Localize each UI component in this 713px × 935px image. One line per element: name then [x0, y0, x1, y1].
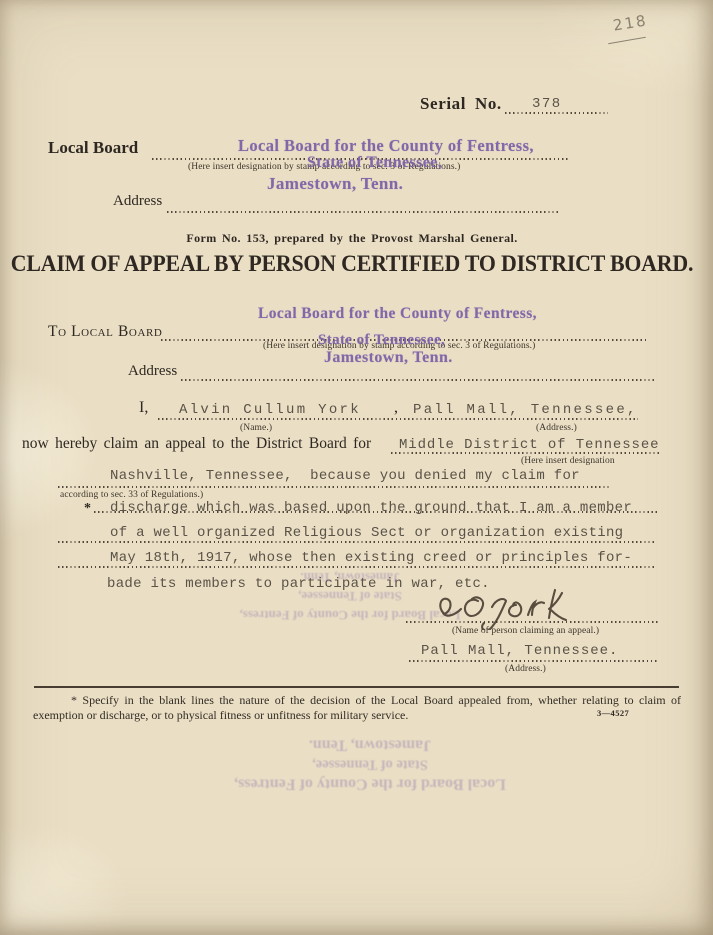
reason-line-1: Nashville, Tennessee, because you denied…: [110, 468, 580, 484]
addressee-address-label: Address: [128, 363, 177, 380]
stamp-board-line3: Jamestown, Tenn.: [267, 174, 403, 194]
to-local-board-label: To Local Board: [48, 323, 162, 341]
name-address-line: [158, 418, 638, 420]
district-value: Middle District of Tennessee: [399, 437, 659, 453]
stamp-board-line1: Local Board for the County of Fentress,: [238, 136, 534, 156]
signature-address-line: [409, 660, 657, 662]
footnote-text: * Specify in the blank lines the nature …: [33, 693, 681, 722]
bleed-bottom-line3: Jamestown, Tenn.: [160, 735, 580, 755]
signature-address: Pall Mall, Tennessee.: [421, 643, 618, 659]
stamp-addressee-line2: State of Tennessee,: [318, 332, 445, 349]
reason-line-3: of a well organized Religious Sect or or…: [110, 525, 623, 541]
district-hint-2: according to sec. 33 of Regulations.): [60, 490, 203, 500]
signature-image: [428, 584, 580, 630]
local-board-label: Local Board: [48, 138, 138, 158]
pencil-page-number: 218: [612, 11, 649, 34]
bleed-bottom-line1: Local Board for the County of Fentress,: [160, 774, 580, 794]
reason-line-2: discharge which was based upon the groun…: [110, 500, 632, 516]
addressee-address-line: [181, 379, 656, 381]
footnote-rule: [34, 686, 679, 688]
claimant-address: Pall Mall, Tennessee,: [413, 402, 638, 418]
bleed-bottom-line2: State of Tennessee,: [160, 755, 580, 775]
form-note: Form No. 153, prepared by the Provost Ma…: [186, 231, 517, 246]
claimant-name: Alvin Cullum York: [179, 402, 361, 418]
stamp-board-line2: State of Tennessee,: [307, 154, 442, 172]
stamp-addressee-line1: Local Board for the County of Fentress,: [258, 305, 537, 323]
serial-line: [505, 112, 608, 114]
serial-value: 378: [532, 96, 562, 112]
stamp-bleed-through-bottom: Local Board for the County of Fentress, …: [160, 735, 580, 794]
i-label: I,: [139, 399, 148, 417]
name-caption: (Name.): [240, 423, 272, 433]
document-page: 218 Serial No. 378 Local Board Local Boa…: [0, 0, 713, 935]
stamp-addressee-line3: Jamestown, Tenn.: [324, 349, 453, 367]
serial-label: Serial No.: [420, 94, 502, 114]
reason-line-4: May 18th, 1917, whose then existing cree…: [110, 550, 632, 566]
district-hint-1: (Here insert designation: [521, 456, 615, 466]
address-label: Address: [113, 193, 162, 210]
asterisk-marker: *: [84, 501, 91, 517]
separator-comma: ,: [394, 399, 398, 417]
print-code: 3—4527: [597, 708, 629, 718]
pencil-underline: [608, 37, 646, 45]
page-title: CLAIM OF APPEAL BY PERSON CERTIFIED TO D…: [11, 251, 693, 277]
address-caption: (Address.): [536, 423, 577, 433]
signature-caption: (Name of person claiming an appeal.): [452, 626, 599, 636]
signature-line: [406, 621, 658, 623]
appeal-line: now hereby claim an appeal to the Distri…: [22, 435, 371, 453]
reason-line-1-rule: [58, 486, 610, 488]
address-line: [167, 211, 560, 213]
signature-address-caption: (Address.): [505, 664, 546, 674]
reason-line-3-rule: [58, 541, 655, 543]
